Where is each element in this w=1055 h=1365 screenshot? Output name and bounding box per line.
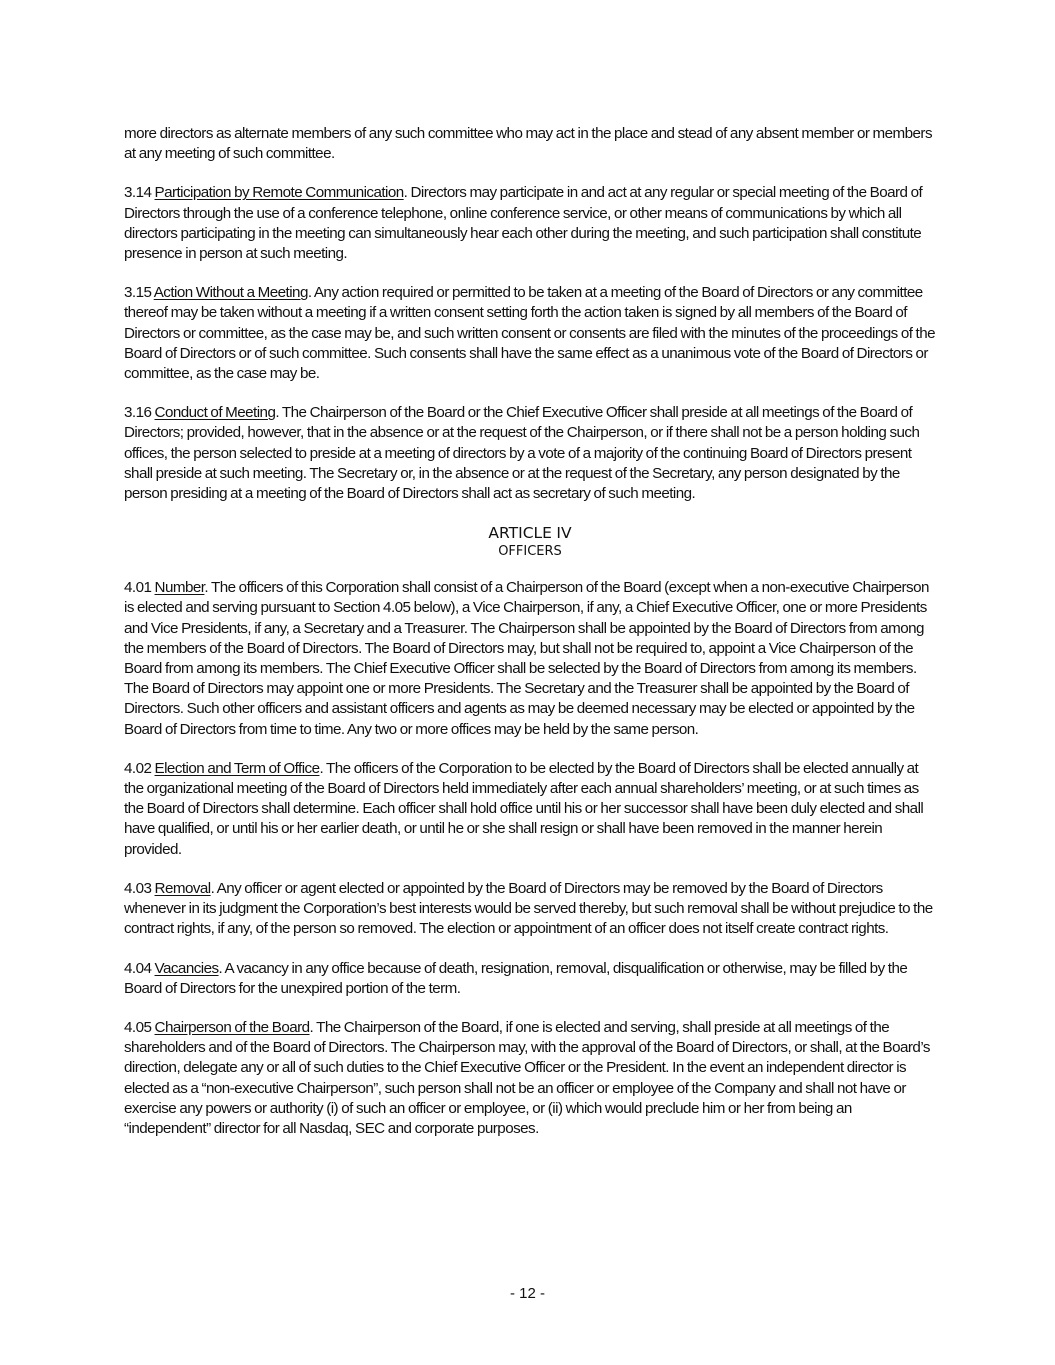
section-body: . A vacancy in any office because of dea… bbox=[124, 960, 907, 997]
section-number: 3.15 bbox=[124, 284, 151, 301]
article-title: ARTICLE IV bbox=[124, 523, 936, 543]
section-3-16: 3.16 Conduct of Meeting. The Chairperson… bbox=[124, 403, 936, 504]
document-page: more directors as alternate members of a… bbox=[124, 124, 936, 1158]
page-number: - 12 - bbox=[0, 1285, 1055, 1302]
section-body: . The Chairperson of the Board, if one i… bbox=[124, 1019, 930, 1137]
section-heading: Number bbox=[155, 579, 205, 596]
section-3-14: 3.14 Participation by Remote Communicati… bbox=[124, 183, 936, 264]
section-number: 4.04 bbox=[124, 960, 151, 977]
section-4-01: 4.01 Number. The officers of this Corpor… bbox=[124, 578, 936, 740]
section-heading: Chairperson of the Board bbox=[155, 1019, 310, 1036]
section-number: 3.14 bbox=[124, 184, 151, 201]
section-4-02: 4.02 Election and Term of Office. The of… bbox=[124, 759, 936, 860]
article-subtitle: OFFICERS bbox=[124, 543, 936, 560]
section-body: . The officers of this Corporation shall… bbox=[124, 579, 929, 737]
section-number: 4.01 bbox=[124, 579, 151, 596]
section-heading: Action Without a Meeting bbox=[154, 284, 308, 301]
section-heading: Removal bbox=[155, 880, 211, 897]
section-4-05: 4.05 Chairperson of the Board. The Chair… bbox=[124, 1018, 936, 1139]
section-heading: Election and Term of Office bbox=[155, 760, 320, 777]
article-heading: ARTICLE IV OFFICERS bbox=[124, 523, 936, 560]
section-body: . Any officer or agent elected or appoin… bbox=[124, 880, 933, 937]
section-number: 4.05 bbox=[124, 1019, 151, 1036]
section-heading: Conduct of Meeting bbox=[155, 404, 276, 421]
section-heading: Vacancies bbox=[155, 960, 219, 977]
section-heading: Participation by Remote Communication bbox=[155, 184, 404, 201]
section-number: 3.16 bbox=[124, 404, 151, 421]
section-number: 4.02 bbox=[124, 760, 151, 777]
section-4-03: 4.03 Removal. Any officer or agent elect… bbox=[124, 879, 936, 940]
section-number: 4.03 bbox=[124, 880, 151, 897]
section-3-15: 3.15 Action Without a Meeting. Any actio… bbox=[124, 283, 936, 384]
section-4-04: 4.04 Vacancies. A vacancy in any office … bbox=[124, 959, 936, 999]
intro-continuation: more directors as alternate members of a… bbox=[124, 124, 936, 164]
